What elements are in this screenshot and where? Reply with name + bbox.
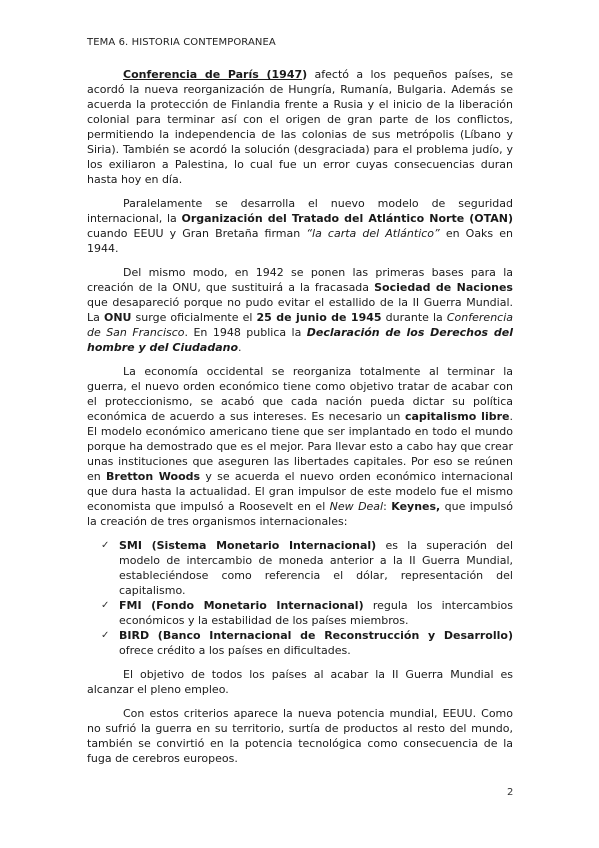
quote-carta-atlantico: “la carta del Atlántico” xyxy=(306,227,439,240)
list-item: ✓BIRD (Banco Internacional de Reconstruc… xyxy=(119,628,513,658)
paragraph-conferencia-paris: Conferencia de París (1947) afectó a los… xyxy=(87,67,513,187)
list-item: ✓FMI (Fondo Monetario Internacional) reg… xyxy=(119,598,513,628)
term-capitalismo-libre: capitalismo libre xyxy=(405,410,510,423)
organisms-list: ✓SMI (Sistema Monetario Internacional) e… xyxy=(87,538,513,658)
date-onu: 25 de junio de 1945 xyxy=(257,311,382,324)
checkmark-icon: ✓ xyxy=(101,538,109,553)
term-otan: Organización del Tratado del Atlántico N… xyxy=(181,212,513,225)
term-bretton-woods: Bretton Woods xyxy=(106,470,200,483)
term-sociedad-naciones: Sociedad de Naciones xyxy=(374,281,513,294)
page-header: TEMA 6. HISTORIA CONTEMPORANEA xyxy=(87,37,276,48)
paragraph-onu: Del mismo modo, en 1942 se ponen las pri… xyxy=(87,265,513,355)
heading-conferencia-paris: Conferencia de París (1947 xyxy=(123,68,302,81)
checkmark-icon: ✓ xyxy=(101,628,109,643)
list-item: ✓SMI (Sistema Monetario Internacional) e… xyxy=(119,538,513,598)
paragraph-economia: La economía occidental se reorganiza tot… xyxy=(87,364,513,529)
term-keynes: Keynes, xyxy=(391,500,440,513)
paragraph-otan: Paralelamente se desarrolla el nuevo mod… xyxy=(87,196,513,256)
document-body: Conferencia de París (1947) afectó a los… xyxy=(87,67,513,775)
checkmark-icon: ✓ xyxy=(101,598,109,613)
paragraph-pleno-empleo: El objetivo de todos los países al acaba… xyxy=(87,667,513,697)
term-onu: ONU xyxy=(104,311,132,324)
term-new-deal: New Deal xyxy=(330,500,383,513)
paragraph-eeuu: Con estos criterios aparece la nueva pot… xyxy=(87,706,513,766)
page-number: 2 xyxy=(507,787,513,798)
